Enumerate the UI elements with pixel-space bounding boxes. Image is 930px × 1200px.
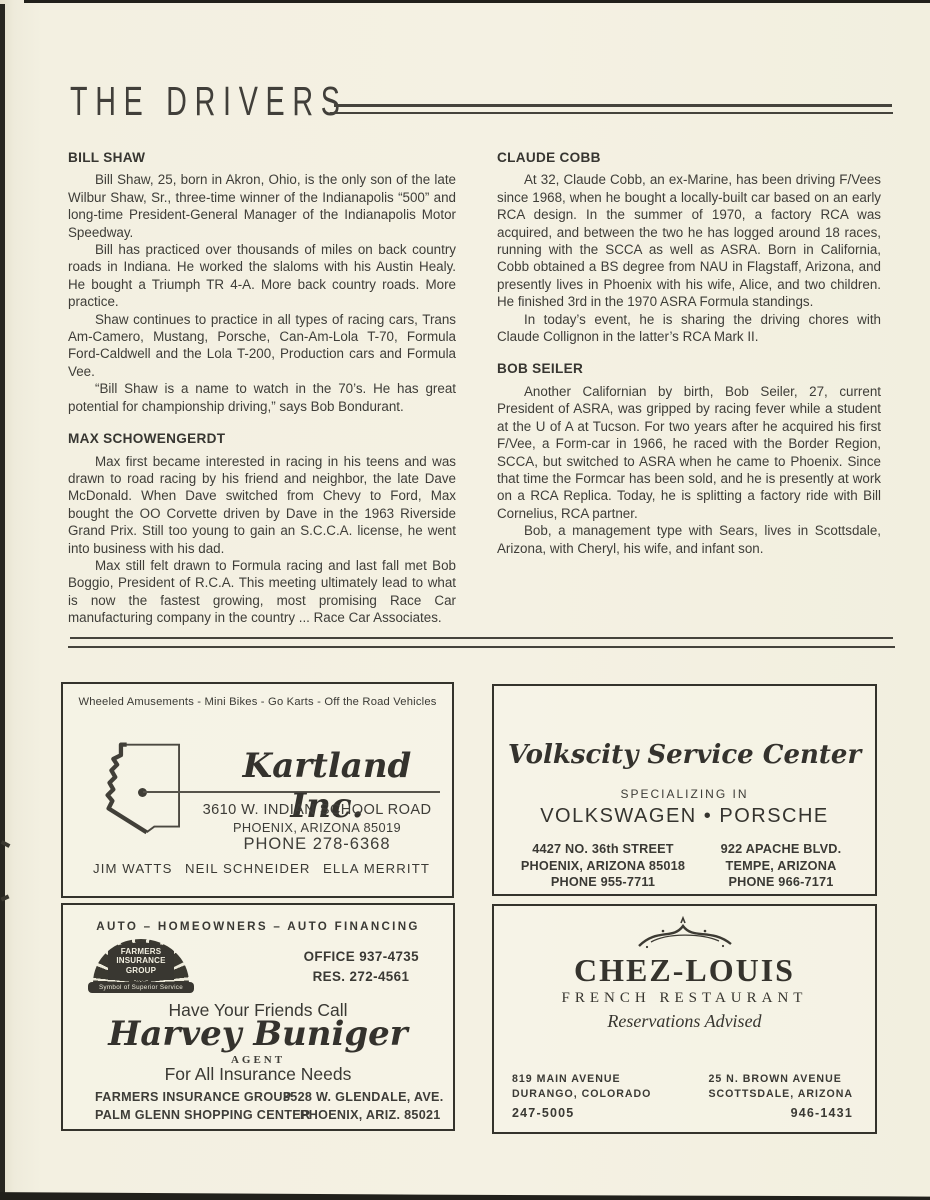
article-heading: BILL SHAW xyxy=(68,149,456,166)
ad-phone: PHONE 955-7711 xyxy=(508,874,698,891)
person-name: JIM WATTS xyxy=(93,861,173,876)
ad-tagline: Wheeled Amusements - Mini Bikes - Go Kar… xyxy=(63,696,452,708)
article-heading: BOB SEILER xyxy=(497,360,881,377)
article-paragraph: In today’s event, he is sharing the driv… xyxy=(497,311,881,346)
article-paragraph: At 32, Claude Cobb, an ex-Marine, has be… xyxy=(497,171,881,310)
person-name: NEIL SCHNEIDER xyxy=(185,861,311,876)
ad-address-block: 922 APACHE BLVD. TEMPE, ARIZONA PHONE 96… xyxy=(697,841,865,891)
ad-phone: RES. 272-4561 xyxy=(313,967,419,987)
section-divider-rule xyxy=(70,637,893,639)
scan-edge-left xyxy=(0,4,5,1196)
ad-phone-block: OFFICE 937-4735 RES. 272-4561 xyxy=(304,947,419,987)
ad-address-block: 819 MAIN AVENUE DURANGO, COLORADO 247-50… xyxy=(512,1072,651,1121)
ad-address-line: 922 APACHE BLVD. xyxy=(697,841,865,858)
ad-chez-louis: CHEZ-LOUIS FRENCH RESTAURANT Reservation… xyxy=(492,904,877,1134)
page-title: THE DRIVERS xyxy=(70,78,348,125)
ad-reservations-line: Reservations Advised xyxy=(494,1011,875,1032)
ad-address-block: 25 N. BROWN AVENUE SCOTTSDALE, ARIZONA 9… xyxy=(708,1072,853,1121)
scan-edge-bottom xyxy=(0,1191,930,1200)
farmers-insurance-logo-icon: FARMERS INSURANCE GROUP Symbol of Superi… xyxy=(93,939,189,995)
ad-address-line: FARMERS INSURANCE GROUP xyxy=(95,1089,310,1107)
ad-address-line: DURANGO, COLORADO xyxy=(512,1087,651,1102)
ad-business-name: Volkscity Service Center xyxy=(494,740,875,770)
ad-slogan: For All Insurance Needs xyxy=(63,1064,453,1085)
column-right: CLAUDE COBB At 32, Claude Cobb, an ex-Ma… xyxy=(497,149,881,557)
ad-address-line: PHOENIX, ARIZONA 85018 xyxy=(508,858,698,875)
person-name: ELLA MERRITT xyxy=(323,861,430,876)
ad-address-line: SCOTTSDALE, ARIZONA xyxy=(708,1087,853,1102)
program-page: THE DRIVERS BILL SHAW Bill Shaw, 25, bor… xyxy=(0,0,930,1200)
article-paragraph: Bill has practiced over thousands of mil… xyxy=(68,241,456,311)
map-location-dot xyxy=(138,788,147,797)
ad-address-line: PALM GLENN SHOPPING CENTER xyxy=(95,1107,310,1125)
ad-subline: FRENCH RESTAURANT xyxy=(494,990,875,1007)
ad-phone: OFFICE 937-4735 xyxy=(304,947,419,967)
logo-text: GROUP xyxy=(108,966,174,976)
ad-phone: 247-5005 xyxy=(512,1106,651,1121)
ad-address-line: 4427 NO. 36th STREET xyxy=(508,841,698,858)
logo-text: INSURANCE xyxy=(108,956,174,966)
section-divider-rule xyxy=(68,646,895,648)
ad-farmers-insurance: AUTO – HOMEOWNERS – AUTO FINANCING FARME… xyxy=(61,903,455,1131)
ad-phone: 946-1431 xyxy=(708,1106,853,1121)
article-bob-seiler: BOB SEILER Another Californian by birth,… xyxy=(497,360,881,556)
ad-kartland: Wheeled Amusements - Mini Bikes - Go Kar… xyxy=(61,682,454,898)
ad-subline: SPECIALIZING IN xyxy=(494,787,875,801)
article-paragraph: Bill Shaw, 25, born in Akron, Ohio, is t… xyxy=(68,171,456,241)
article-paragraph: Bob, a management type with Sears, lives… xyxy=(497,522,881,557)
ad-address-line: PHOENIX, ARIZ. 85021 xyxy=(300,1107,444,1125)
title-rule xyxy=(330,112,893,114)
article-claude-cobb: CLAUDE COBB At 32, Claude Cobb, an ex-Ma… xyxy=(497,149,881,345)
ad-address-line: 819 MAIN AVENUE xyxy=(512,1072,651,1087)
article-bill-shaw: BILL SHAW Bill Shaw, 25, born in Akron, … xyxy=(68,149,456,415)
article-paragraph: Max still felt drawn to Formula racing a… xyxy=(68,557,456,627)
ad-address-line: 3610 W. INDIAN SCHOOL ROAD xyxy=(181,802,453,818)
ad-volkscity: Volkscity Service Center SPECIALIZING IN… xyxy=(492,684,877,896)
ad-address-line: TEMPE, ARIZONA xyxy=(697,858,865,875)
ad-address-line: 25 N. BROWN AVENUE xyxy=(708,1072,853,1087)
flourish-icon xyxy=(619,916,751,952)
article-max-schowengerdt: MAX SCHOWENGERDT Max first became intere… xyxy=(68,430,456,626)
agent-name: Harvey Buniger xyxy=(63,1014,453,1054)
ad-address-line: 3528 W. GLENDALE, AVE. xyxy=(283,1089,444,1107)
title-rule xyxy=(334,104,892,107)
ad-address-block: 4427 NO. 36th STREET PHOENIX, ARIZONA 85… xyxy=(508,841,698,891)
ad-address-block: 3528 W. GLENDALE, AVE. PHOENIX, ARIZ. 85… xyxy=(283,1089,444,1124)
ad-people-row: JIM WATTS NEIL SCHNEIDER ELLA MERRITT xyxy=(93,861,430,876)
article-paragraph: “Bill Shaw is a name to watch in the 70’… xyxy=(68,380,456,415)
ad-phone: PHONE 278-6368 xyxy=(181,835,453,854)
article-paragraph: Max first became interested in racing in… xyxy=(68,453,456,557)
ad-address-block: FARMERS INSURANCE GROUP PALM GLENN SHOPP… xyxy=(95,1089,310,1124)
ad-tagline: AUTO – HOMEOWNERS – AUTO FINANCING xyxy=(63,920,453,933)
ad-business-name: CHEZ-LOUIS xyxy=(494,952,875,989)
article-paragraph: Another Californian by birth, Bob Seiler… xyxy=(497,383,881,522)
ad-brands: VOLKSWAGEN • PORSCHE xyxy=(494,805,875,828)
column-left: BILL SHAW Bill Shaw, 25, born in Akron, … xyxy=(68,149,456,627)
ad-phone: PHONE 966-7171 xyxy=(697,874,865,891)
logo-text: FARMERS xyxy=(108,947,174,957)
logo-shield: FARMERS INSURANCE GROUP xyxy=(108,942,174,980)
article-heading: CLAUDE COBB xyxy=(497,149,881,166)
logo-banner: Symbol of Superior Service xyxy=(88,982,194,993)
article-heading: MAX SCHOWENGERDT xyxy=(68,430,456,447)
article-paragraph: Shaw continues to practice in all types … xyxy=(68,311,456,381)
scan-edge-top xyxy=(24,0,930,3)
ad-address-line: PHOENIX, ARIZONA 85019 xyxy=(181,820,453,835)
